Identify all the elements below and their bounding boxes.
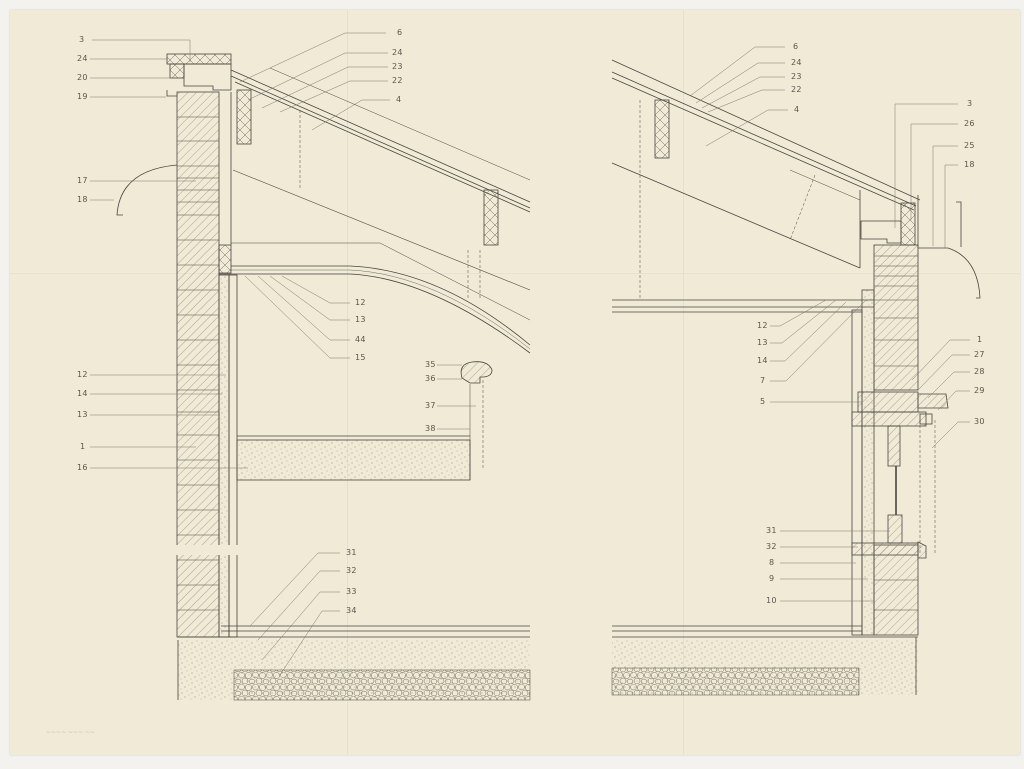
callout-3: 3 [967, 100, 972, 108]
callout-13: 13 [757, 339, 768, 347]
callout-6: 6 [397, 29, 402, 37]
callout-4: 4 [794, 106, 799, 114]
callout-44: 44 [355, 336, 366, 344]
callout-37: 37 [425, 402, 436, 410]
callout-10: 10 [766, 597, 777, 605]
callout-31: 31 [766, 527, 777, 535]
callout-33: 33 [346, 588, 357, 596]
callout-8: 8 [769, 559, 774, 567]
callout-24: 24 [392, 49, 403, 57]
callout-18: 18 [77, 196, 88, 204]
callout-13: 13 [355, 316, 366, 324]
callout-29: 29 [974, 387, 985, 395]
callout-9: 9 [769, 575, 774, 583]
callout-27: 27 [974, 351, 985, 359]
callout-36: 36 [425, 375, 436, 383]
callout-5: 5 [760, 398, 765, 406]
callout-13: 13 [77, 411, 88, 419]
callout-23: 23 [791, 73, 802, 81]
callout-23: 23 [392, 63, 403, 71]
callout-26: 26 [964, 120, 975, 128]
callout-4: 4 [396, 96, 401, 104]
callout-25: 25 [964, 142, 975, 150]
left-section [117, 54, 530, 700]
callout-28: 28 [974, 368, 985, 376]
right-section [612, 60, 980, 695]
callout-17: 17 [77, 177, 88, 185]
callout-16: 16 [77, 464, 88, 472]
callout-24: 24 [77, 55, 88, 63]
callout-3: 3 [79, 36, 84, 44]
callout-1: 1 [80, 443, 85, 451]
callout-34: 34 [346, 607, 357, 615]
callout-6: 6 [793, 43, 798, 51]
callout-12: 12 [757, 322, 768, 330]
callout-35: 35 [425, 361, 436, 369]
callout-22: 22 [791, 86, 802, 94]
callout-12: 12 [355, 299, 366, 307]
callout-7: 7 [760, 377, 765, 385]
callout-15: 15 [355, 354, 366, 362]
callout-14: 14 [77, 390, 88, 398]
callout-24: 24 [791, 59, 802, 67]
section-drawing [0, 0, 1024, 769]
callout-32: 32 [766, 543, 777, 551]
callout-19: 19 [77, 93, 88, 101]
callout-30: 30 [974, 418, 985, 426]
callout-32: 32 [346, 567, 357, 575]
callout-1: 1 [977, 336, 982, 344]
callout-22: 22 [392, 77, 403, 85]
callout-14: 14 [757, 357, 768, 365]
pencil-note: ~~~~ ~~~ ~~ [46, 729, 95, 736]
callout-38: 38 [425, 425, 436, 433]
callout-18: 18 [964, 161, 975, 169]
callout-20: 20 [77, 74, 88, 82]
callout-31: 31 [346, 549, 357, 557]
callout-12: 12 [77, 371, 88, 379]
